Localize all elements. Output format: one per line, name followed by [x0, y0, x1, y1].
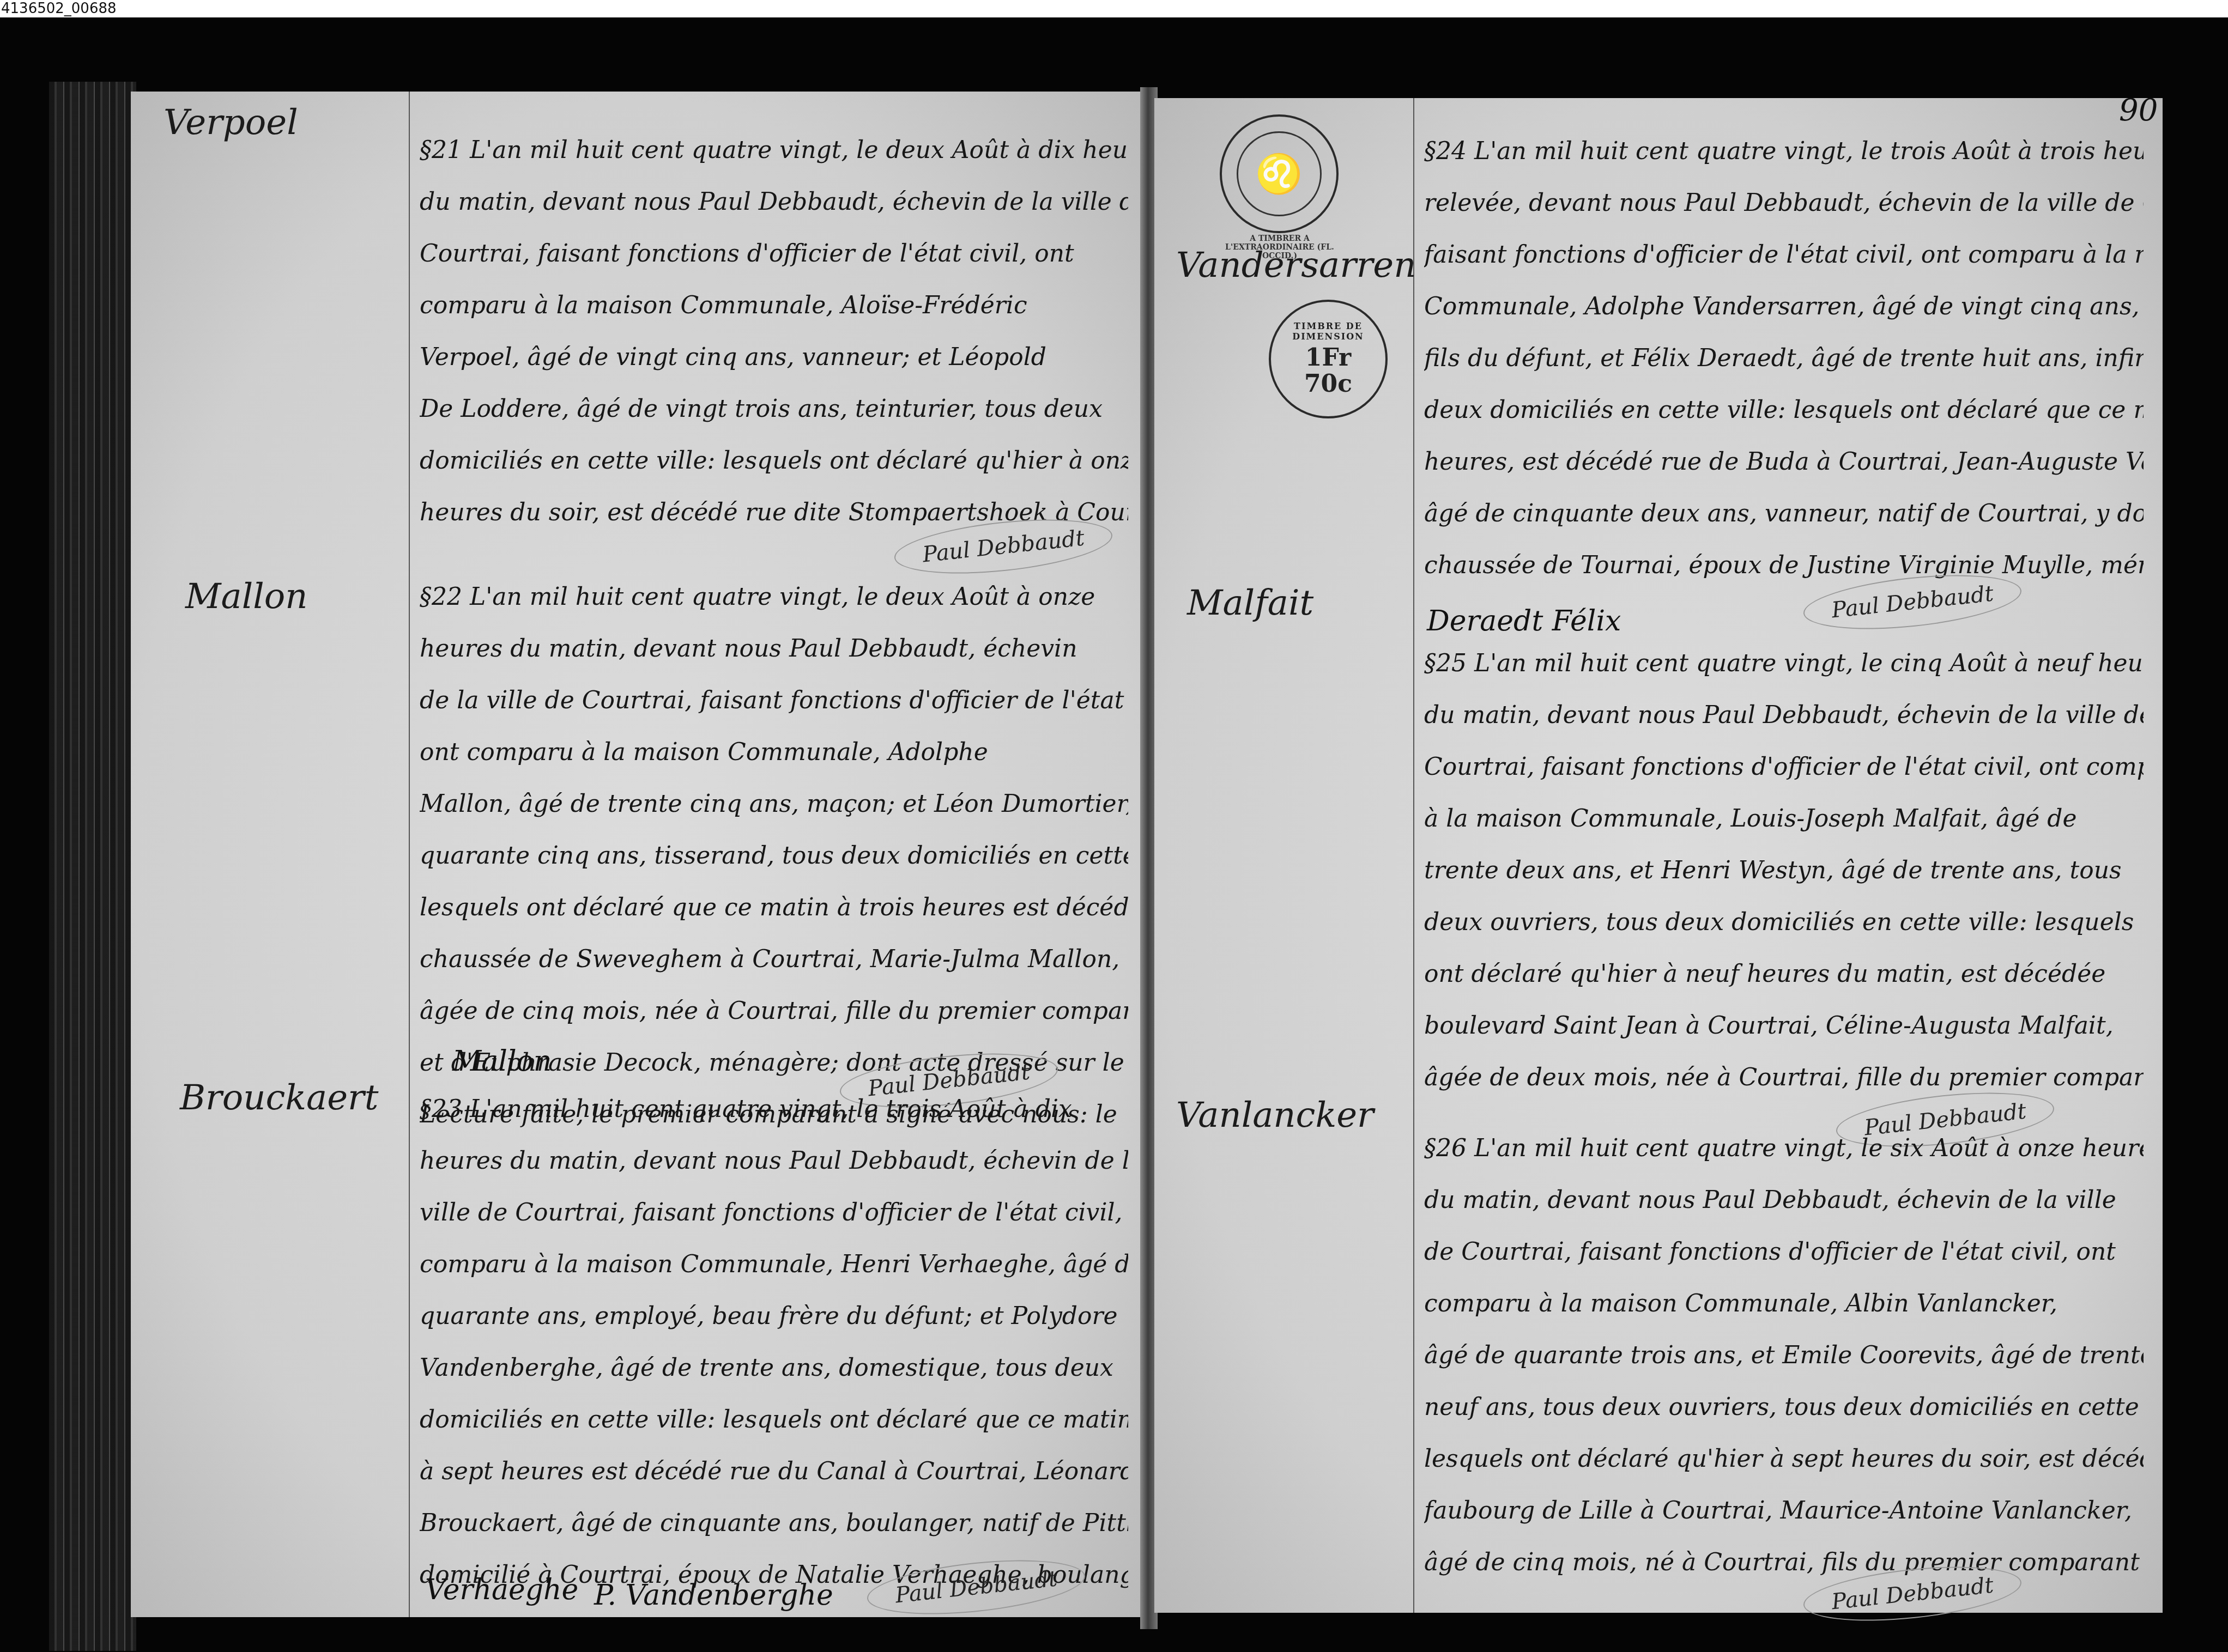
- stamp-ring-text: TIMBRE DE DIMENSION: [1271, 321, 1385, 342]
- entry-line: Vandenberghe, âgé de trente ans, domesti…: [420, 1342, 1128, 1394]
- image-caption: 4136502_00688: [0, 0, 2228, 17]
- entry-line: âgé de quarante trois ans, et Emile Coor…: [1424, 1329, 2144, 1381]
- entry-line: heures, est décédé rue de Buda à Courtra…: [1424, 436, 2144, 488]
- entry-line: relevée, devant nous Paul Debbaudt, éche…: [1424, 177, 2144, 229]
- entry-line: deux domiciliés en cette ville: lesquels…: [1424, 384, 2144, 436]
- entry-line: §23 L'an mil huit cent quatre vingt, le …: [420, 1083, 1128, 1135]
- entry-line: Communale, Adolphe Vandersarren, âgé de …: [1424, 281, 2144, 332]
- entry-line: à sept heures est décédé rue du Canal à …: [420, 1445, 1128, 1497]
- signature-vandenberghe: P. Vandenberghe: [594, 1579, 833, 1612]
- tax-stamp-dimension: TIMBRE DE DIMENSION 1Fr 70c: [1269, 300, 1388, 418]
- entry-line: âgé de cinquante deux ans, vanneur, nati…: [1424, 488, 2144, 539]
- entry-line: deux ouvriers, tous deux domiciliés en c…: [1424, 896, 2144, 948]
- entry-line: Brouckaert, âgé de cinquante ans, boulan…: [420, 1497, 1128, 1549]
- entry-line: de Courtrai, faisant fonctions d'officie…: [1424, 1226, 2144, 1278]
- folio-number: 90: [2119, 93, 2158, 128]
- entry-line: neuf ans, tous deux ouvriers, tous deux …: [1424, 1381, 2144, 1433]
- entry-line: Courtrai, faisant fonctions d'officier d…: [1424, 741, 2144, 793]
- entry-line: chaussée de Tournai, époux de Justine Vi…: [1424, 539, 2144, 591]
- entry-line: âgé de cinq mois, né à Courtrai, fils du…: [1424, 1536, 2144, 1588]
- stamp-value-francs: 1Fr: [1305, 345, 1351, 371]
- entry-line: de la ville de Courtrai, faisant fonctio…: [420, 675, 1128, 726]
- entry-24: §24 L'an mil huit cent quatre vingt, le …: [1424, 125, 2144, 591]
- signature-verhaeghe: Verhaeghe: [425, 1574, 578, 1606]
- entry-line: chaussée de Sweveghem à Courtrai, Marie-…: [420, 933, 1128, 985]
- entry-line: §22 L'an mil huit cent quatre vingt, le …: [420, 571, 1128, 623]
- entry-line: §24 L'an mil huit cent quatre vingt, le …: [1424, 125, 2144, 177]
- book-spine-edge: [49, 82, 136, 1651]
- entry-line: à la maison Communale, Louis-Joseph Malf…: [1424, 793, 2144, 845]
- entry-line: Mallon, âgé de trente cinq ans, maçon; e…: [420, 778, 1128, 830]
- margin-rule: [409, 92, 410, 1617]
- entry-line: âgée de cinq mois, née à Courtrai, fille…: [420, 985, 1128, 1037]
- entry-26: §26 L'an mil huit cent quatre vingt, le …: [1424, 1122, 2144, 1588]
- entry-line: faisant fonctions d'officier de l'état c…: [1424, 229, 2144, 281]
- margin-name-vanlancker: Vanlancker: [1176, 1095, 1374, 1135]
- entry-line: lesquels ont déclaré qu'hier à sept heur…: [1424, 1433, 2144, 1485]
- margin-name-mallon: Mallon: [185, 576, 307, 617]
- entry-line: heures du matin, devant nous Paul Debbau…: [420, 1135, 1128, 1187]
- signature-mallon: Mallon: [452, 1045, 552, 1078]
- entry-line: comparu à la maison Communale, Henri Ver…: [420, 1238, 1128, 1290]
- entry-line: domiciliés en cette ville: lesquels ont …: [420, 1394, 1128, 1445]
- entry-line: §25 L'an mil huit cent quatre vingt, le …: [1424, 637, 2144, 689]
- entry-line: du matin, devant nous Paul Debbaudt, éch…: [1424, 689, 2144, 741]
- entry-line: comparu à la maison Communale, Albin Van…: [1424, 1278, 2144, 1329]
- entry-line: §26 L'an mil huit cent quatre vingt, le …: [1424, 1122, 2144, 1174]
- entry-line: heures du matin, devant nous Paul Debbau…: [420, 623, 1128, 675]
- margin-name-malfait: Malfait: [1187, 583, 1313, 623]
- margin-rule: [1413, 98, 1414, 1613]
- entry-line: Verpoel, âgé de vingt cinq ans, vanneur;…: [420, 331, 1128, 383]
- entry-line: lesquels ont déclaré que ce matin à troi…: [420, 882, 1128, 933]
- margin-name-verpoel: Verpoel: [164, 102, 298, 143]
- entry-line: du matin, devant nous Paul Debbaudt, éch…: [420, 176, 1128, 228]
- entry-line: du matin, devant nous Paul Debbaudt, éch…: [1424, 1174, 2144, 1226]
- entry-line: fils du défunt, et Félix Deraedt, âgé de…: [1424, 332, 2144, 384]
- entry-line: quarante ans, employé, beau frère du déf…: [420, 1290, 1128, 1342]
- entry-line: comparu à la maison Communale, Aloïse-Fr…: [420, 280, 1128, 331]
- entry-line: trente deux ans, et Henri Westyn, âgé de…: [1424, 845, 2144, 896]
- entry-25: §25 L'an mil huit cent quatre vingt, le …: [1424, 637, 2144, 1103]
- entry-21: §21 L'an mil huit cent quatre vingt, le …: [420, 124, 1128, 538]
- entry-line: boulevard Saint Jean à Courtrai, Céline-…: [1424, 1000, 2144, 1052]
- entry-line: quarante cinq ans, tisserand, tous deux …: [420, 830, 1128, 882]
- entry-line: ville de Courtrai, faisant fonctions d'o…: [420, 1187, 1128, 1238]
- right-page: ♌ A TIMBRER A L'EXTRAORDINAIRE (FL. OCCI…: [1154, 98, 2163, 1613]
- entry-line: §21 L'an mil huit cent quatre vingt, le …: [420, 124, 1128, 176]
- stamp-value-centimes: 70c: [1304, 371, 1352, 397]
- lion-emblem-icon: ♌: [1255, 161, 1303, 187]
- left-page: Verpoel Mallon Brouckaert §21 L'an mil h…: [131, 92, 1145, 1617]
- signature-deraedt: Deraedt Félix: [1427, 605, 1621, 637]
- entry-23: §23 L'an mil huit cent quatre vingt, le …: [420, 1083, 1128, 1601]
- margin-name-vandersarren: Vandersarren: [1176, 245, 1416, 286]
- margin-name-brouckaert: Brouckaert: [180, 1078, 378, 1118]
- tax-stamp-lion: ♌: [1220, 114, 1339, 233]
- entry-line: domiciliés en cette ville: lesquels ont …: [420, 435, 1128, 487]
- entry-line: De Loddere, âgé de vingt trois ans, tein…: [420, 383, 1128, 435]
- entry-line: ont déclaré qu'hier à neuf heures du mat…: [1424, 948, 2144, 1000]
- entry-line: Courtrai, faisant fonctions d'officier d…: [420, 228, 1128, 280]
- entry-line: ont comparu à la maison Communale, Adolp…: [420, 726, 1128, 778]
- entry-line: faubourg de Lille à Courtrai, Maurice-An…: [1424, 1485, 2144, 1536]
- entry-line: âgée de deux mois, née à Courtrai, fille…: [1424, 1052, 2144, 1103]
